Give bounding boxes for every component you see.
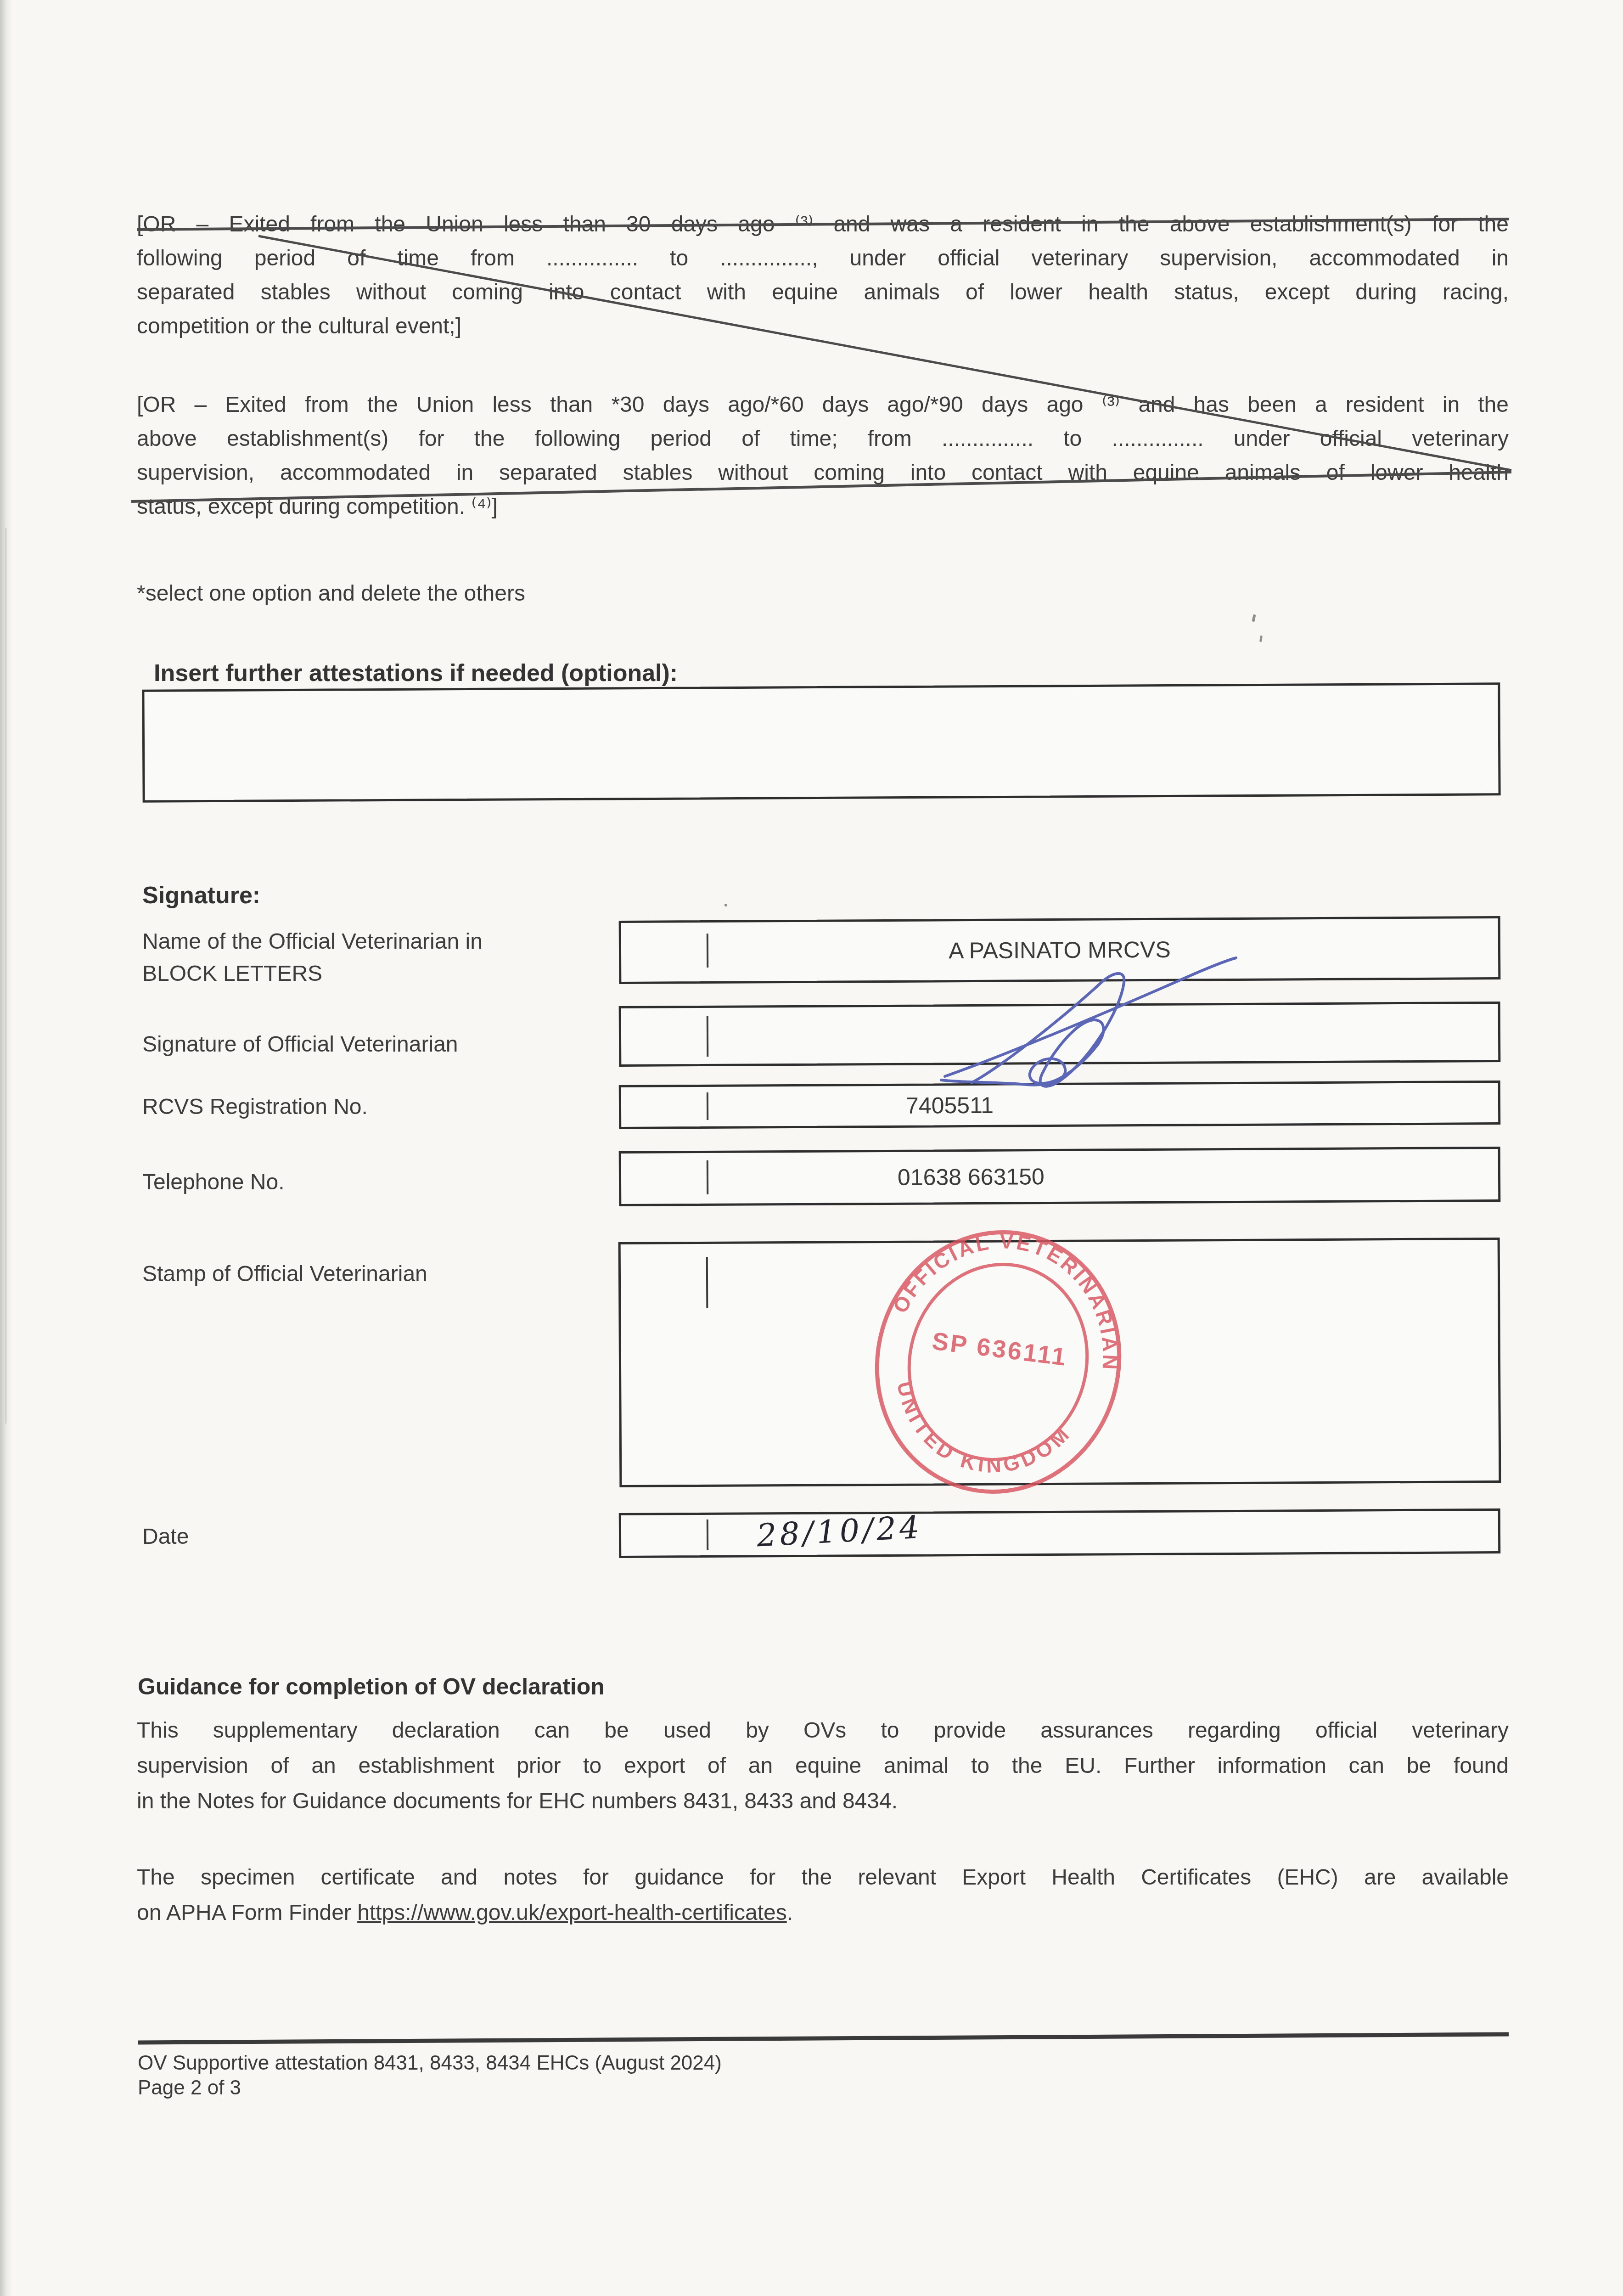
name-label: BLOCK LETTERS [142, 958, 322, 990]
scan-speck [724, 904, 727, 906]
telephone-input-box[interactable]: 01638 663150 [619, 1147, 1501, 1206]
attestations-input-box[interactable] [142, 682, 1500, 802]
rcvs-registration-label: RCVS Registration No. [142, 1091, 368, 1123]
signature-section-heading: Signature: [142, 882, 260, 909]
option-paragraph-2: [OR – Exited from the Union less than *3… [137, 388, 1509, 524]
paragraph-line: supervision, accommodated in separated s… [137, 456, 1509, 490]
date-input-box[interactable] [619, 1508, 1500, 1558]
stamp-code-text: SP 636111 [931, 1327, 1069, 1371]
link-prefix-text: on APHA Form Finder [137, 1901, 357, 1925]
paragraph-line: separated stables without coming into co… [137, 276, 1509, 310]
stamp-bottom-arc-text: UNITED KINGDOM [875, 1373, 1079, 1499]
attestations-heading: Insert further attestations if needed (o… [154, 659, 678, 687]
paragraph-line: [OR – Exited from the Union less than *3… [137, 388, 1509, 422]
option-paragraph-1: [OR – Exited from the Union less than 30… [137, 208, 1509, 343]
box-tick-mark [707, 1092, 708, 1120]
guidance-paragraph-1: This supplementary declaration can be us… [137, 1713, 1509, 1819]
date-label: Date [142, 1521, 189, 1553]
scan-speck [1252, 614, 1256, 622]
paragraph-line: The specimen certificate and notes for g… [137, 1860, 1509, 1895]
paragraph-line: status, except during competition. ⁽⁴⁾] [137, 490, 1509, 524]
rcvs-value: 7405511 [906, 1086, 994, 1125]
box-tick-mark [707, 934, 708, 968]
signature-ink [927, 947, 1249, 1089]
official-veterinarian-stamp: OFFICIAL VETERINARIAN UNITED KINGDOM SP … [855, 1225, 1141, 1499]
paragraph-line: [OR – Exited from the Union less than 30… [137, 208, 1509, 242]
telephone-value: 01638 663150 [898, 1151, 1045, 1203]
paragraph-line: on APHA Form Finder https://www.gov.uk/e… [137, 1895, 1509, 1930]
scan-speck [1259, 636, 1263, 642]
paragraph-line: This supplementary declaration can be us… [137, 1713, 1509, 1748]
select-option-note: *select one option and delete the others [137, 577, 525, 611]
signature-stroke [945, 958, 1236, 1076]
paragraph-line: following period of time from ..........… [137, 242, 1509, 276]
guidance-paragraph-2: The specimen certificate and notes for g… [137, 1860, 1509, 1930]
box-tick-mark [706, 1257, 708, 1308]
footer-rule [138, 2034, 1509, 2043]
paragraph-line: competition or the cultural event;] [137, 310, 1509, 343]
footer-page-number: Page 2 of 3 [138, 2076, 241, 2100]
signature-label: Signature of Official Veterinarian [142, 1029, 458, 1061]
guidance-heading: Guidance for completion of OV declaratio… [138, 1673, 605, 1700]
export-health-certificates-link[interactable]: https://www.gov.uk/export-health-certifi… [357, 1901, 787, 1925]
scanned-document-page: [OR – Exited from the Union less than 30… [0, 0, 1623, 2296]
scan-edge-line [6, 528, 6, 1424]
footer-document-title: OV Supportive attestation 8431, 8433, 84… [138, 2051, 722, 2076]
telephone-label: Telephone No. [142, 1166, 285, 1199]
paragraph-line: in the Notes for Guidance documents for … [137, 1784, 1509, 1819]
box-tick-mark [707, 1016, 708, 1057]
signature-stroke [972, 974, 1124, 1086]
name-label: Name of the Official Veterinarian in [142, 926, 483, 958]
box-tick-mark [707, 1519, 708, 1550]
paragraph-line: supervision of an establishment prior to… [137, 1748, 1509, 1784]
box-tick-mark [707, 1160, 708, 1194]
link-suffix-text: . [787, 1901, 793, 1925]
stamp-label: Stamp of Official Veterinarian [142, 1258, 427, 1290]
paragraph-line: above establishment(s) for the following… [137, 422, 1509, 456]
